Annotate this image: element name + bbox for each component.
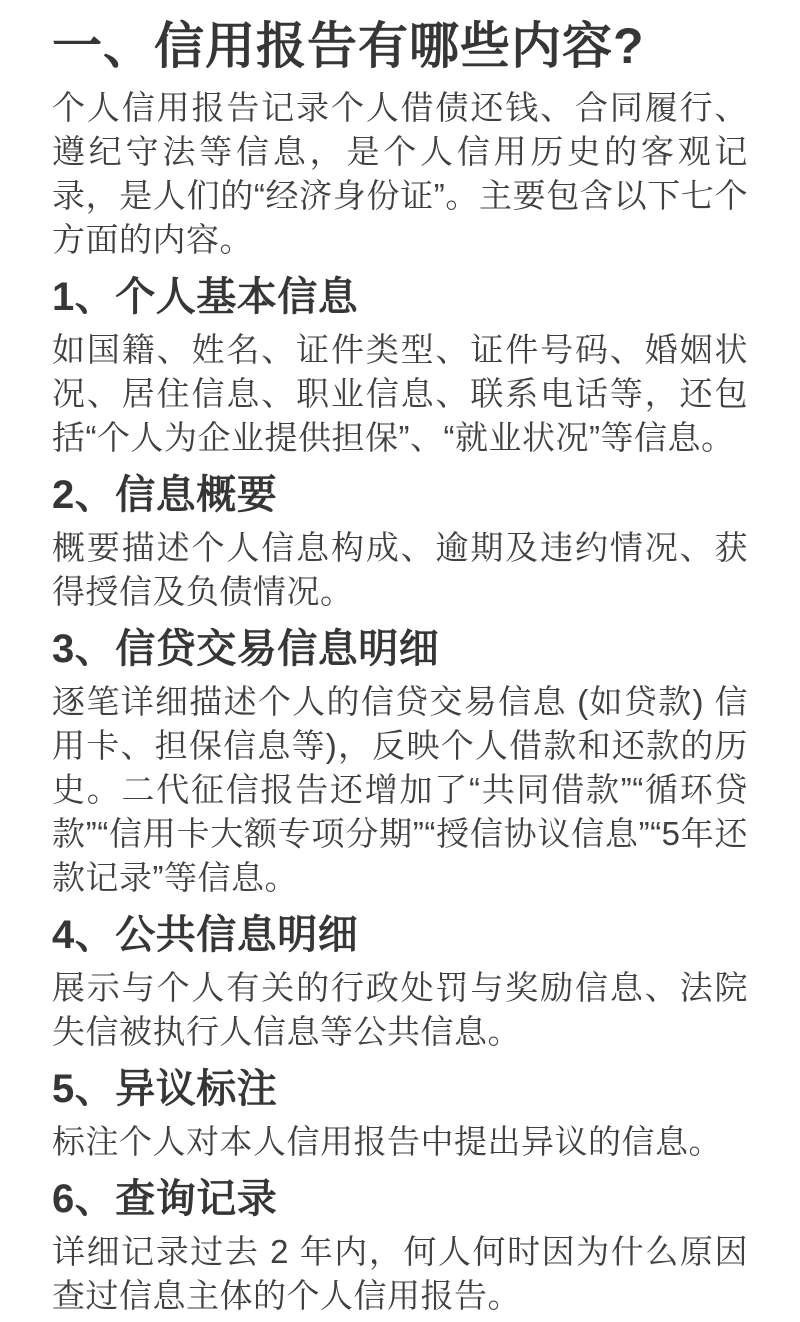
page-title: 一、信用报告有哪些内容?: [52, 16, 748, 76]
section-5-heading: 5、异议标注: [52, 1066, 748, 1112]
section-personal-basic-info: 1、个人基本信息 如国籍、姓名、证件类型、证件号码、婚姻状况、居住信息、职业信息…: [52, 274, 748, 460]
section-2-heading: 2、信息概要: [52, 472, 748, 518]
section-credit-transaction-detail: 3、信贷交易信息明细 逐笔详细描述个人的信贷交易信息 (如贷款) 信用卡、担保信…: [52, 626, 748, 900]
section-1-body: 如国籍、姓名、证件类型、证件号码、婚姻状况、居住信息、职业信息、联系电话等，还包…: [52, 328, 748, 460]
section-3-heading: 3、信贷交易信息明细: [52, 626, 748, 672]
section-inquiry-records: 6、查询记录 详细记录过去 2 年内，何人何时因为什么原因查过信息主体的个人信用…: [52, 1176, 748, 1318]
section-public-info-detail: 4、公共信息明细 展示与个人有关的行政处罚与奖励信息、法院失信被执行人信息等公共…: [52, 912, 748, 1054]
section-4-heading: 4、公共信息明细: [52, 912, 748, 958]
credit-report-article: 一、信用报告有哪些内容? 个人信用报告记录个人借债还钱、合同履行、遵纪守法等信息…: [0, 0, 800, 1322]
section-6-heading: 6、查询记录: [52, 1176, 748, 1222]
section-dispute-annotation: 5、异议标注 标注个人对本人信用报告中提出异议的信息。: [52, 1066, 748, 1164]
section-info-summary: 2、信息概要 概要描述个人信息构成、逾期及违约情况、获得授信及负债情况。: [52, 472, 748, 614]
section-1-heading: 1、个人基本信息: [52, 274, 748, 320]
section-4-body: 展示与个人有关的行政处罚与奖励信息、法院失信被执行人信息等公共信息。: [52, 966, 748, 1054]
section-6-body: 详细记录过去 2 年内，何人何时因为什么原因查过信息主体的个人信用报告。: [52, 1230, 748, 1318]
section-2-body: 概要描述个人信息构成、逾期及违约情况、获得授信及负债情况。: [52, 526, 748, 614]
intro-paragraph: 个人信用报告记录个人借债还钱、合同履行、遵纪守法等信息，是个人信用历史的客观记录…: [52, 86, 748, 262]
section-3-body: 逐笔详细描述个人的信贷交易信息 (如贷款) 信用卡、担保信息等)，反映个人借款和…: [52, 680, 748, 900]
section-5-body: 标注个人对本人信用报告中提出异议的信息。: [52, 1120, 748, 1164]
